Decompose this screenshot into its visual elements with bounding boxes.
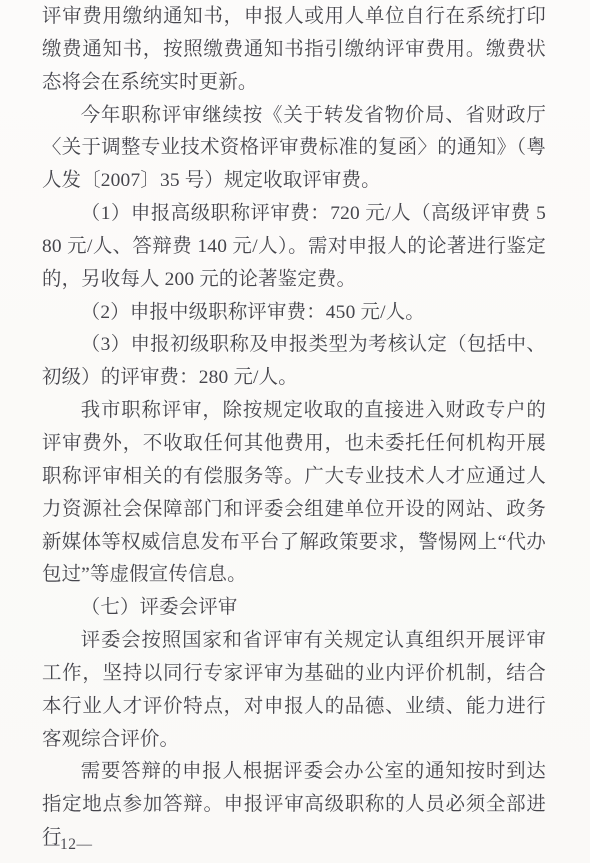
- paragraph-defense-notice: 需要答辩的申报人根据评委会办公室的通知按时到达指定地点参加答辩。申报评审高级职称…: [42, 756, 546, 855]
- paragraph-fee-senior: （1）申报高级职称评审费：720 元/人（高级评审费 580 元/人、答辩费 1…: [42, 198, 546, 297]
- paragraph-fee-junior: （3）申报初级职称及申报类型为考核认定（包括中、初级）的评审费：280 元/人。: [42, 329, 546, 395]
- paragraph-payment-notice-continuation: 评审费用缴纳通知书，申报人或用人单位自行在系统打印缴费通知书，按照缴费通知书指引…: [42, 1, 546, 100]
- document-page: 评审费用缴纳通知书，申报人或用人单位自行在系统打印缴费通知书，按照缴费通知书指引…: [0, 0, 590, 863]
- paragraph-fee-intermediate: （2）申报中级职称评审费：450 元/人。: [42, 297, 546, 330]
- paragraph-fee-warning: 我市职称评审，除按规定收取的直接进入财政专户的评审费外，不收取任何其他费用，也未…: [42, 395, 546, 592]
- document-body: 评审费用缴纳通知书，申报人或用人单位自行在系统打印缴费通知书，按照缴费通知书指引…: [42, 1, 546, 855]
- paragraph-committee-review: 评委会按照国家和省评审有关规定认真组织开展评审工作，坚持以同行专家评审为基础的业…: [42, 625, 546, 756]
- paragraph-fee-basis: 今年职称评审继续按《关于转发省物价局、省财政厅〈关于调整专业技术资格评审费标准的…: [42, 100, 546, 199]
- section-heading-7: （七）评委会评审: [42, 592, 546, 625]
- page-number: —12—: [44, 836, 93, 854]
